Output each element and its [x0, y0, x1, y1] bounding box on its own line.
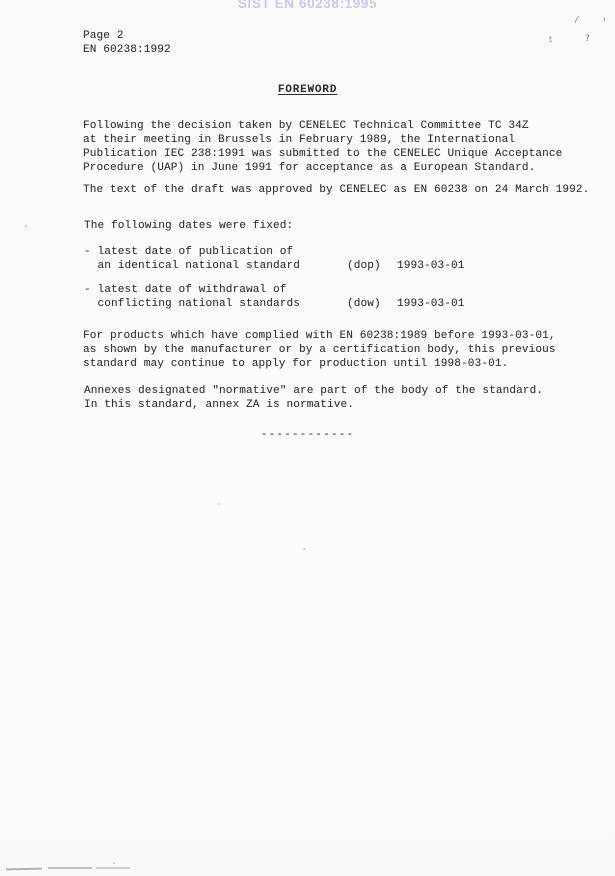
scan-smudge	[6, 868, 42, 871]
scan-speck	[218, 503, 220, 505]
dates-intro: The following dates were fixed:	[84, 219, 293, 233]
document-reference: EN 60238:1992	[83, 44, 171, 58]
page-header: Page 2 EN 60238:1992	[83, 30, 171, 57]
end-divider: ------------	[0, 428, 615, 442]
scan-mark: /	[574, 15, 579, 25]
scan-speck	[113, 862, 115, 864]
scan-smudge	[96, 867, 130, 869]
date-code: (dop)	[347, 259, 381, 273]
scanned-document-page: SIST EN 60238:1995 Page 2 EN 60238:1992 …	[0, 0, 615, 876]
scan-smudge	[48, 867, 92, 869]
date-item-text: - latest date of publication of an ident…	[84, 245, 564, 273]
scan-mark: ?	[585, 34, 590, 44]
scan-mark: t	[549, 35, 552, 44]
section-title: FOREWORD	[0, 83, 615, 97]
scan-mark: .	[24, 217, 28, 230]
date-item-text: - latest date of withdrawal of conflicti…	[84, 283, 564, 311]
page-number: Page 2	[83, 30, 171, 44]
date-value: 1993-03-01	[397, 259, 465, 273]
date-code: (dow)	[347, 297, 381, 311]
date-value: 1993-03-01	[397, 297, 465, 311]
scan-speck	[303, 548, 306, 550]
scan-mark: '	[603, 17, 606, 28]
paragraph-previous-standard: For products which have complied with EN…	[83, 329, 556, 371]
date-item-dow: - latest date of withdrawal of conflicti…	[84, 283, 564, 311]
paragraph-cenelec-decision: Following the decision taken by CENELEC …	[83, 119, 562, 175]
date-item-dop: - latest date of publication of an ident…	[84, 245, 564, 273]
watermark-text: SIST EN 60238:1995	[0, 0, 615, 11]
paragraph-draft-approval: The text of the draft was approved by CE…	[83, 183, 589, 197]
paragraph-annexes: Annexes designated "normative" are part …	[84, 384, 543, 412]
